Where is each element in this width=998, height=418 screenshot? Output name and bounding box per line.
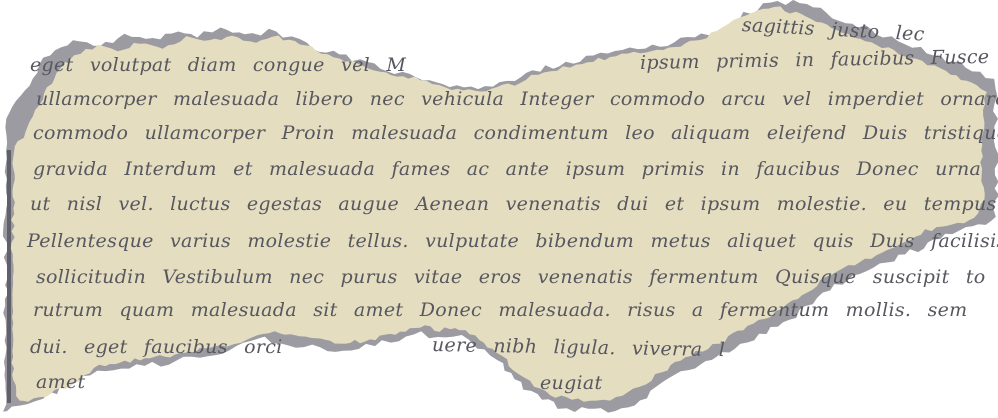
handwriting-line-5: gravida Interdum et malesuada fames ac a… [33,158,998,180]
handwriting-line-10-right: uere nibh ligula. viverra l [432,334,725,361]
handwriting-line-2-left: eget volutpat diam congue vel M [30,54,406,76]
handwriting-layer: sagittis justo lec eget volutpat diam co… [0,0,998,418]
handwriting-line-2-right: ipsum primis in faucibus Fusce [640,46,990,74]
torn-paper-scrap: sagittis justo lec eget volutpat diam co… [0,0,998,418]
handwriting-line-10-left: dui. eget faucibus orci [30,336,283,358]
handwriting-line-9: rutrum quam malesuada sit amet Donec mal… [33,299,968,321]
handwriting-line-11-left: amet [36,371,85,393]
handwriting-line-11-right: eugiat [540,372,602,394]
handwriting-line-1: sagittis justo lec [741,14,925,46]
handwriting-line-6: ut nisl vel. luctus egestas augue Aenean… [30,193,998,215]
handwriting-line-3: ullamcorper malesuada libero nec vehicul… [36,88,998,110]
handwriting-line-7: Pellentesque varius molestie tellus. vul… [27,230,998,252]
handwriting-line-4: commodo ullamcorper Proin malesuada cond… [33,122,998,144]
handwriting-line-8: sollicitudin Vestibulum nec purus vitae … [36,266,986,288]
